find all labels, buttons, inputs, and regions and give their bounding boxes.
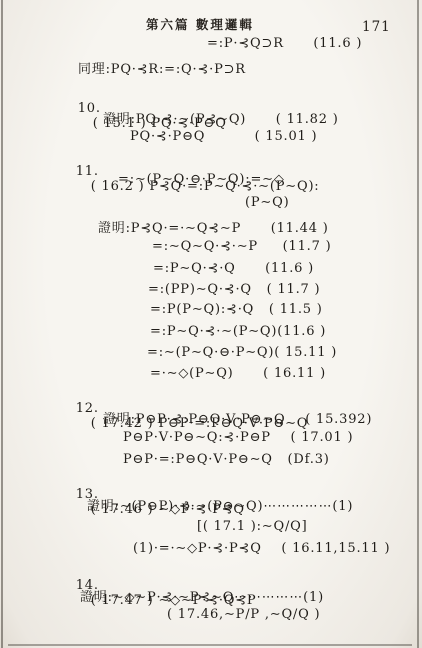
item-number: 10. <box>78 101 101 116</box>
scan-edge-bottom <box>8 644 412 646</box>
reference-note: ( 17.46,∼P/P ,∼Q/Q ) <box>167 607 320 622</box>
proof-line: 證明:∼◇∼P·⊰·∼P⊰∼Q⋯⋯⋯⋯⋯(1) <box>80 586 324 605</box>
proof-line: 證明:P⊖P·⊰:P⊖Q·V·P⊖∼Q ( 15.392) <box>103 408 372 427</box>
proof-line: 證明:∼(P⊖P)·⊰·∼(P⊖∼Q)⋯⋯⋯⋯⋯(1) <box>87 495 353 514</box>
scan-edge-right <box>417 0 419 648</box>
carryover-formula-line: 同理:PQ·⊰R:=:Q·⊰·P⊃R <box>78 58 246 77</box>
proof-line: =:∼(P∼Q·⊖·P∼Q)( 15.11 ) <box>147 345 337 360</box>
proof-line: PQ·⊰·P⊖Q ( 15.01 ) <box>130 129 317 144</box>
item-number: 11. <box>76 164 99 179</box>
page-header-title: 第六篇 數理邏輯 <box>146 15 254 33</box>
scan-edge-left <box>1 0 3 648</box>
substitution-note: [( 17.1 ):∼Q/Q] <box>197 519 307 534</box>
proof-line: =·∼◇(P∼Q) ( 16.11 ) <box>150 366 326 381</box>
proof-line: =:P∼Q·⊰·∼(P∼Q)(11.6 ) <box>150 324 326 339</box>
proof-line: 證明:P⊰Q·=·∼Q⊰∼P (11.44 ) <box>98 217 329 236</box>
proof-line: =:P∼Q·⊰·Q (11.6 ) <box>153 261 314 276</box>
proof-line: =:(PP)∼Q·⊰·Q ( 11.7 ) <box>148 282 320 297</box>
page-number: 171 <box>362 19 391 35</box>
proof-line: =:P(P∼Q):⊰·Q ( 11.5 ) <box>150 302 323 317</box>
theorem-continuation: (P∼Q) <box>245 195 289 210</box>
proof-line: P⊖P·V·P⊖∼Q:⊰·P⊖P ( 17.01 ) <box>123 430 353 445</box>
carryover-formula-line: =:P·⊰Q⊃R (11.6 ) <box>207 36 362 51</box>
book-page: 第六篇 數理邏輯 171 =:P·⊰Q⊃R (11.6 ) 同理:PQ·⊰R:=… <box>0 0 422 648</box>
proof-line: P⊖P·=:P⊖Q·V·P⊖∼Q (Df.3) <box>123 452 330 467</box>
proof-line: (1)·=·∼◇P·⊰·P⊰Q ( 16.11,15.11 ) <box>133 541 390 556</box>
proof-line: =:∼Q∼Q·⊰·∼P (11.7 ) <box>152 239 331 254</box>
item-number: 12. <box>76 401 99 416</box>
proof-line: 證明:PQ·⊰·∼(P⊰∼Q) ( 11.82 ) <box>103 108 339 127</box>
theorem-continuation: =:∼(P∼Q·⊖·P∼Q):=∼◇ <box>118 172 285 187</box>
